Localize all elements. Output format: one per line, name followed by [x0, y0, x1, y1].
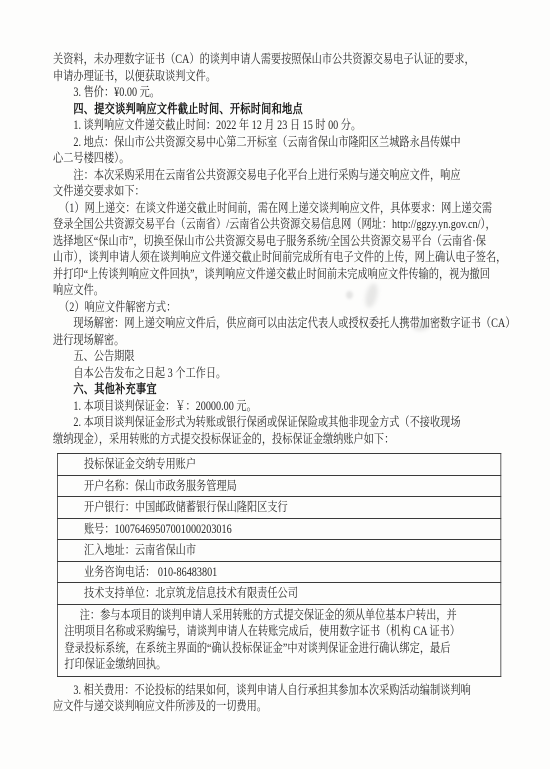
- note-line: 打印保证金缴纳回执。: [64, 656, 492, 673]
- deposit-account-table: 投标保证金交纳专用账户 开户名称：保山市政务服务管理局 开户银行：中国邮政储蓄银…: [57, 453, 501, 677]
- note-line: 登录投标系统，在系统主界面的“确认投标保证金”中对谈判保证金进行确认绑定，最后: [64, 640, 492, 657]
- document-body: 关资料，未办理数字证书（CA）的谈判申请人需要按照保山市公共资源交易电子认证的要…: [53, 51, 514, 715]
- body-line: 申请办理证书，以便获取谈判文件。: [53, 68, 514, 85]
- body-line: 心二号楼四楼）。: [53, 150, 514, 167]
- body-line: 进行现场解密。: [53, 332, 514, 349]
- table-row-tech-support: 技术支持单位：北京筑龙信息技术有限责任公司: [57, 583, 500, 605]
- body-line: 并打印“上传谈判响应文件回执”，谈判响应文件递交截止时间前未完成响应文件传输的，…: [53, 266, 514, 283]
- table-row-title: 投标保证金交纳专用账户: [57, 454, 500, 476]
- body-line-price: 3. 售价：¥0.00 元。: [53, 84, 514, 101]
- body-line-online-submit: （1）网上递交：在谈文件递交截止时间前，需在网上递交谈判响应文件，具体要求：网上…: [53, 200, 514, 217]
- table-cell-tech-support: 技术支持单位：北京筑龙信息技术有限责任公司: [57, 583, 500, 605]
- body-line: 现场解密：网上递交响应文件后，供应商可以由法定代表人或授权委托人携带加密数字证书…: [53, 315, 514, 332]
- body-line-decrypt: （2）响应文件解密方式：: [53, 299, 514, 316]
- section-heading-4: 四、提交谈判响应文件截止时间、开标时间和地点: [53, 101, 514, 118]
- body-line-note: 注：本次采购采用在云南省公共资源交易电子化平台上进行采购与递交响应文件，响应: [53, 167, 514, 184]
- note-line: 注明项目名称或采购编号，请谈判申请人在转账完成后，使用数字证书（机构 CA 证书…: [64, 623, 492, 640]
- closing-paragraph: 3. 相关费用：不论投标的结果如何，谈判申请人自行承担其参加本次采购活动编制谈判…: [53, 682, 514, 715]
- table-row-remit-address: 汇入地址：云南省保山市: [57, 540, 500, 562]
- table-row-account-number: 账号：10076469507001000203016: [57, 518, 500, 540]
- body-line-deadline: 1. 谈判响应文件递交截止时间：2022 年 12 月 23 日 15 时 00…: [53, 117, 514, 134]
- body-line: 选择地区“保山市”，切换至保山市公共资源交易电子服务系统/全国公共资源交易平台（…: [53, 233, 514, 250]
- section-heading-5: 五、公告期限: [53, 348, 514, 365]
- body-line-deposit-amount: 1. 本项目谈判保证金：￥：20000.00 元。: [53, 398, 514, 415]
- table-cell-title: 投标保证金交纳专用账户: [57, 454, 500, 476]
- body-line: 文件递交要求如下：: [53, 183, 514, 200]
- note-line: 注：参与本项目的谈判申请人采用转账的方式提交保证金的须从单位基本户转出，并: [64, 607, 492, 624]
- body-line: 2. 本项目谈判保证金形式为转账或银行保函或保证保险或其他非现金方式（不接收现场: [53, 414, 514, 431]
- table-cell-note: 注：参与本项目的谈判申请人采用转账的方式提交保证金的须从单位基本户转出，并 注明…: [57, 604, 500, 676]
- closing-line: 应文件与递交谈判响应文件所涉及的一切费用。: [53, 698, 514, 715]
- body-line-url: 登录全国公共资源交易平台（云南省）/云南省公共资源交易信息网（网址：http:/…: [53, 216, 514, 233]
- section-heading-6: 六、其他补充事宜: [53, 381, 514, 398]
- table-cell-account-name: 开户名称：保山市政务服务管理局: [57, 475, 500, 497]
- body-line-notice-period: 自本公告发布之日起 3 个工作日。: [53, 365, 514, 382]
- table-row-note: 注：参与本项目的谈判申请人采用转账的方式提交保证金的须从单位基本户转出，并 注明…: [57, 604, 500, 676]
- table-row-bank: 开户银行：中国邮政储蓄银行保山隆阳区支行: [57, 497, 500, 519]
- body-line: 关资料，未办理数字证书（CA）的谈判申请人需要按照保山市公共资源交易电子认证的要…: [53, 51, 514, 68]
- scanned-document-page: 关资料，未办理数字证书（CA）的谈判申请人需要按照保山市公共资源交易电子认证的要…: [0, 0, 550, 769]
- body-line: 响应文件。: [53, 282, 514, 299]
- body-line-location: 2. 地点：保山市公共资源交易中心第二开标室（云南省保山市隆阳区兰城路永昌传媒中: [53, 134, 514, 151]
- table-cell-remit-address: 汇入地址：云南省保山市: [57, 540, 500, 562]
- closing-line: 3. 相关费用：不论投标的结果如何，谈判申请人自行承担其参加本次采购活动编制谈判…: [53, 682, 514, 699]
- table-row-phone: 业务咨询电话： 010-86483801: [57, 561, 500, 583]
- table-cell-phone: 业务咨询电话： 010-86483801: [57, 561, 500, 583]
- table-cell-account-number: 账号：10076469507001000203016: [57, 518, 500, 540]
- table-cell-bank: 开户银行：中国邮政储蓄银行保山隆阳区支行: [57, 497, 500, 519]
- table-row-account-name: 开户名称：保山市政务服务管理局: [57, 475, 500, 497]
- body-line: 山市），谈判申请人须在谈判响应文件递交截止时间前完成所有电子文件的上传，网上确认…: [53, 249, 514, 266]
- body-line: 缴纳现金），采用转账的方式提交投标保证金的，投标保证金缴纳账户如下：: [53, 431, 514, 448]
